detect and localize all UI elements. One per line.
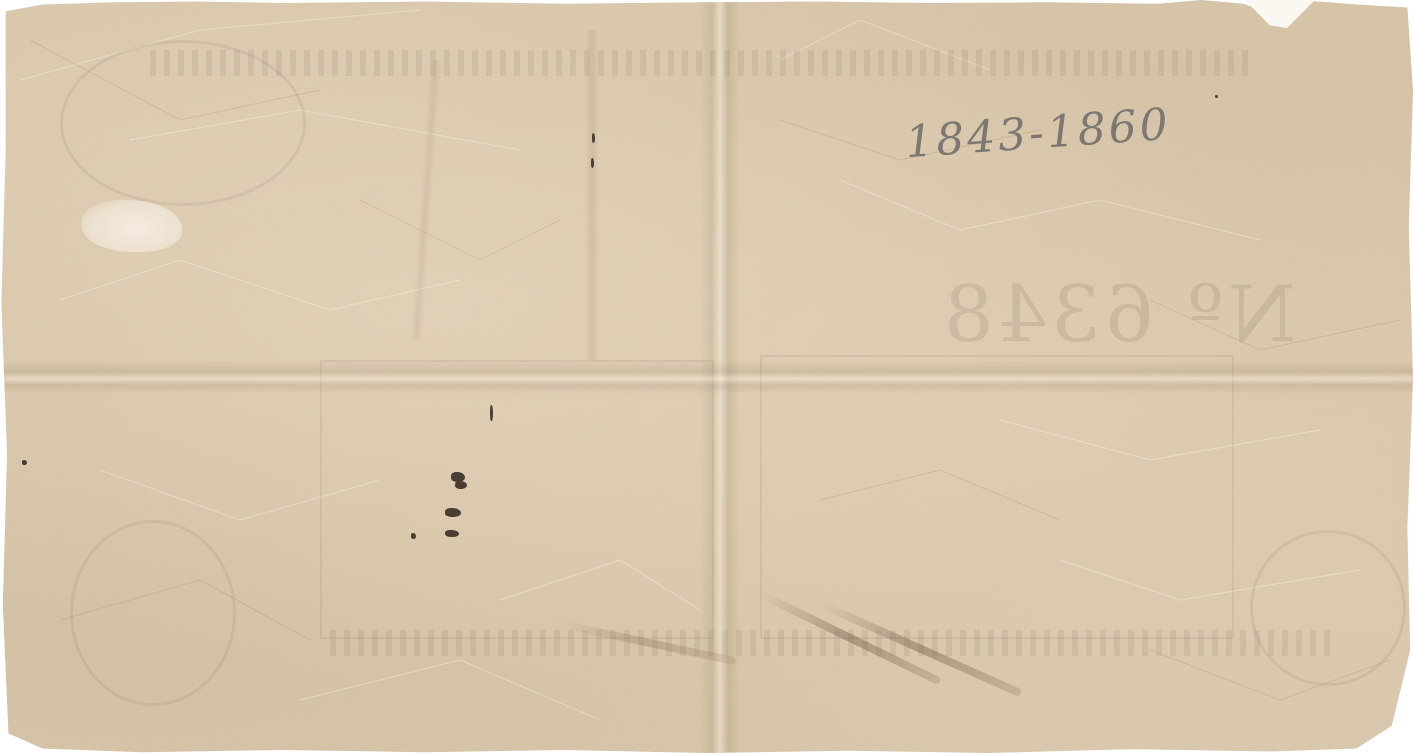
banknote-reverse: Nº 6348 1843-1860 bbox=[0, 0, 1413, 756]
ink-spot bbox=[592, 133, 595, 143]
ink-spot bbox=[1215, 95, 1218, 98]
ink-spot bbox=[22, 460, 27, 465]
ghost-print-medallion-bottom-left bbox=[70, 520, 236, 706]
worn-patch bbox=[82, 200, 182, 252]
ghost-print-panel-right bbox=[760, 355, 1234, 639]
ghost-print-band-top bbox=[150, 50, 1250, 76]
ink-spot bbox=[445, 530, 459, 537]
ghost-serial-number: Nº 6348 bbox=[940, 270, 1296, 360]
ghost-print-panel-left bbox=[320, 360, 714, 639]
ink-spot bbox=[591, 158, 594, 168]
ghost-print-medallion-top-left bbox=[60, 40, 306, 206]
ink-spot bbox=[445, 508, 461, 517]
handwritten-date-range: 1843-1860 bbox=[904, 99, 1173, 168]
scan-background: Nº 6348 1843-1860 bbox=[0, 0, 1413, 756]
secondary-fold-crease bbox=[585, 30, 599, 360]
ink-spot bbox=[411, 533, 416, 539]
ghost-print-medallion-bottom-right bbox=[1250, 530, 1406, 686]
ink-spot bbox=[455, 481, 467, 489]
ink-spot bbox=[490, 405, 493, 421]
tertiary-fold-crease bbox=[410, 60, 442, 340]
